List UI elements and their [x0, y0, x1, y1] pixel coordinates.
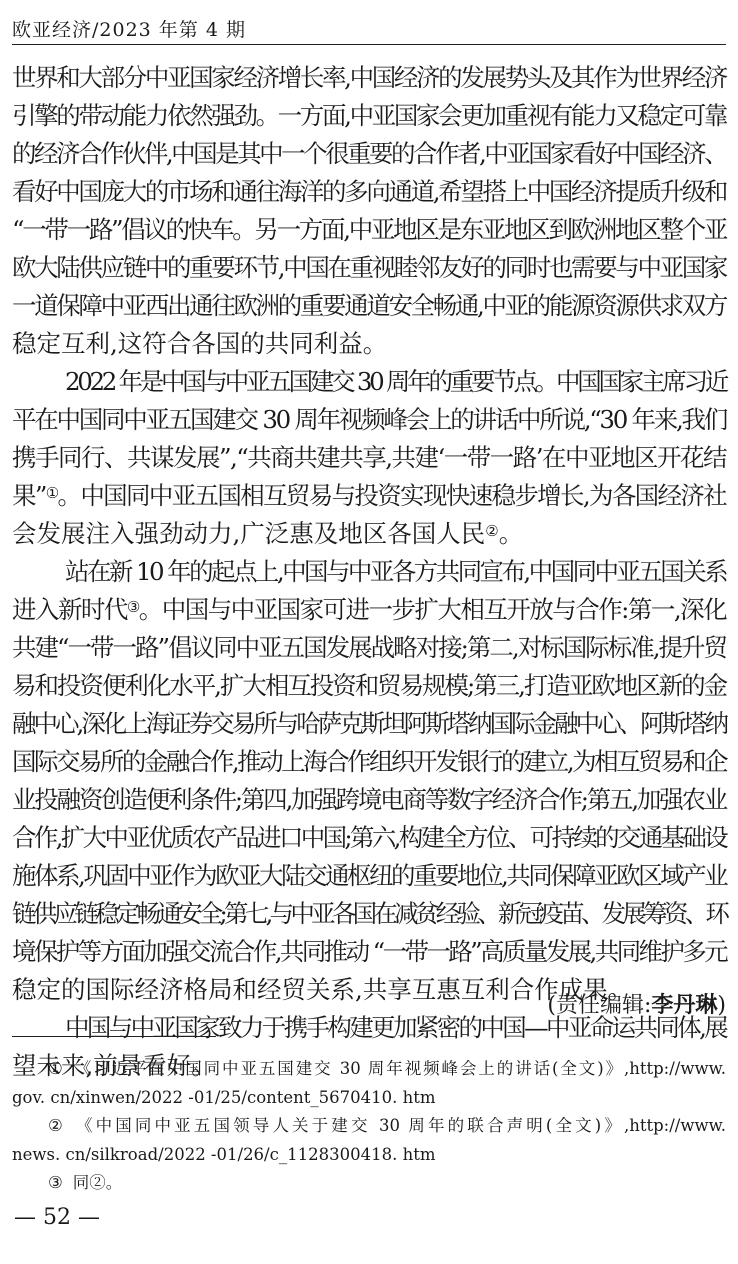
- text-line: 施体系,巩固中亚作为欧亚大陆交通枢纽的重要地位,共同保障亚欧区域产业: [12, 857, 726, 895]
- line-text: 易和投资便利化水平,扩大相互投资和贸易规模;第三,打造亚欧地区新的金: [12, 671, 726, 700]
- page-number: — 52 —: [14, 1203, 100, 1233]
- text-line: 一道保障中亚西出通往欧洲的重要通道安全畅通,中亚的能源资源供求双方: [12, 287, 726, 325]
- footnote-mark: ②: [48, 1116, 66, 1135]
- text-line: 共建“一带一路”倡议同中亚五国发展战略对接;第二,对标国际标准,提升贸: [12, 629, 726, 667]
- line-text: 引擎的带动能力依然强劲。一方面,中亚国家会更加重视有能力又稳定可靠: [12, 101, 726, 130]
- text-line: 果”①。中国同中亚五国相互贸易与投资实现快速稳步增长,为各国经济社: [12, 477, 726, 515]
- line-text: 一道保障中亚西出通往欧洲的重要通道安全畅通,中亚的能源资源供求双方: [12, 291, 726, 320]
- header-rule: [12, 44, 726, 45]
- text-line: 境保护等方面加强交流合作,共同推动 “一带一路”高质量发展,共同维护多元: [12, 933, 726, 971]
- footnote-line: ③同②。: [12, 1169, 726, 1198]
- line-text: “一带一路”倡议的快车。另一方面,中亚地区是东亚地区到欧洲地区整个亚: [12, 215, 726, 244]
- text-line: 的经济合作伙伴,中国是其中一个很重要的合作者,中亚国家看好中国经济、: [12, 135, 726, 173]
- line-text: 稳定互利,这符合各国的共同利益。: [12, 329, 387, 358]
- line-text: 世界和大部分中亚国家经济增长率,中国经济的发展势头及其作为世界经济: [12, 63, 726, 92]
- line-text: 合作,扩大中亚优质农产品进口中国;第六,构建全方位、可持续的交通基础设: [12, 823, 726, 852]
- line-text: 施体系,巩固中亚作为欧亚大陆交通枢纽的重要地位,共同保障亚欧区域产业: [12, 861, 726, 890]
- line-text: 融中心,深化上海证券交易所与哈萨克斯坦阿斯塔纳国际金融中心、阿斯塔纳: [12, 709, 726, 738]
- footnotes: ①《习近平在中国同中亚五国建交 30 周年视频峰会上的讲话(全文)》,http:…: [12, 1055, 726, 1198]
- footnote-text: 《中国同中亚五国领导人关于建交 30 周年的联合声明(全文)》,http://w…: [76, 1116, 726, 1135]
- line-text: 境保护等方面加强交流合作,共同推动 “一带一路”高质量发展,共同维护多元: [12, 937, 726, 966]
- line-text: 的经济合作伙伴,中国是其中一个很重要的合作者,中亚国家看好中国经济、: [12, 139, 726, 168]
- text-line: 业投融资创造便利条件;第四,加强跨境电商等数字经济合作;第五,加强农业: [12, 781, 726, 819]
- responsible-editor: (责任编辑:李丹琳): [547, 990, 726, 1022]
- text-line: 合作,扩大中亚优质农产品进口中国;第六,构建全方位、可持续的交通基础设: [12, 819, 726, 857]
- line-text: 国际交易所的金融合作,推动上海合作组织开发银行的建立,为相互贸易和企: [12, 747, 726, 776]
- editor-close-paren: ): [717, 993, 726, 1018]
- text-line: 携手同行、共谋发展”,“共商共建共享,共建‘一带一路’在中亚地区开花结: [12, 439, 726, 477]
- footnote-text: 《习近平在中国同中亚五国建交 30 周年视频峰会上的讲话(全文)》,http:/…: [75, 1059, 726, 1078]
- footnote-reference[interactable]: ③: [127, 598, 139, 616]
- line-text-after-ref: 。中国同中亚五国相互贸易与投资实现快速稳步增长,为各国经济社: [58, 481, 726, 510]
- text-line: 平在中国同中亚五国建交 30 周年视频峰会上的讲话中所说,“30 年来,我们: [12, 401, 726, 439]
- line-text: 稳定的国际经济格局和经贸关系,共享互惠互利合作成果。: [12, 975, 632, 1004]
- line-text-after-ref: 。中国与中亚国家可进一步扩大相互开放与合作:第一,深化: [139, 595, 726, 624]
- line-text: 会发展注入强劲动力,广泛惠及地区各国人民: [12, 519, 485, 548]
- text-line: 欧大陆供应链中的重要环节,中国在重视睦邻友好的同时也需要与中亚国家: [12, 249, 726, 287]
- footnote-reference[interactable]: ②: [485, 522, 498, 540]
- text-line: 看好中国庞大的市场和通往海洋的多向通道,希望搭上中国经济提质升级和: [12, 173, 726, 211]
- text-line: 2022 年是中国与中亚五国建交 30 周年的重要节点。中国国家主席习近: [12, 363, 726, 401]
- text-line: 国际交易所的金融合作,推动上海合作组织开发银行的建立,为相互贸易和企: [12, 743, 726, 781]
- line-text: 携手同行、共谋发展”,“共商共建共享,共建‘一带一路’在中亚地区开花结: [12, 443, 726, 472]
- footnote-mark: ①: [48, 1059, 65, 1078]
- line-text: 2022 年是中国与中亚五国建交 30 周年的重要节点。中国国家主席习近: [65, 367, 726, 396]
- text-line: 站在新 10 年的起点上,中国与中亚各方共同宣布,中国同中亚五国关系: [12, 553, 726, 591]
- text-line: 易和投资便利化水平,扩大相互投资和贸易规模;第三,打造亚欧地区新的金: [12, 667, 726, 705]
- line-text: 链供应链稳定畅通安全;第七,与中亚各国在减贫经验、新冠疫苗、发展筹资、环: [12, 899, 726, 928]
- text-line: 引擎的带动能力依然强劲。一方面,中亚国家会更加重视有能力又稳定可靠: [12, 97, 726, 135]
- text-line: 链供应链稳定畅通安全;第七,与中亚各国在减贫经验、新冠疫苗、发展筹资、环: [12, 895, 726, 933]
- running-head: 欧亚经济/2023 年第 4 期: [12, 16, 246, 44]
- text-line: 进入新时代③。中国与中亚国家可进一步扩大相互开放与合作:第一,深化: [12, 591, 726, 629]
- line-text: 欧大陆供应链中的重要环节,中国在重视睦邻友好的同时也需要与中亚国家: [12, 253, 726, 282]
- footnote-text: 同②。: [73, 1173, 123, 1192]
- line-text-after-ref: 。: [499, 519, 524, 548]
- footnote-rule: [12, 1036, 216, 1037]
- text-line: “一带一路”倡议的快车。另一方面,中亚地区是东亚地区到欧洲地区整个亚: [12, 211, 726, 249]
- footnote-text: news. cn/silkroad/2022 -01/26/c_11283004…: [12, 1145, 435, 1164]
- article-body: 世界和大部分中亚国家经济增长率,中国经济的发展势头及其作为世界经济引擎的带动能力…: [12, 59, 726, 1085]
- footnote-reference[interactable]: ①: [46, 484, 58, 502]
- text-line: 世界和大部分中亚国家经济增长率,中国经济的发展势头及其作为世界经济: [12, 59, 726, 97]
- text-line: 稳定互利,这符合各国的共同利益。: [12, 325, 726, 363]
- line-text: 果”: [12, 481, 46, 510]
- line-text: 看好中国庞大的市场和通往海洋的多向通道,希望搭上中国经济提质升级和: [12, 177, 726, 206]
- editor-label: 责任编辑:: [556, 993, 651, 1018]
- footnote-mark: ③: [48, 1173, 63, 1192]
- line-text: 站在新 10 年的起点上,中国与中亚各方共同宣布,中国同中亚五国关系: [65, 557, 726, 586]
- line-text: 进入新时代: [12, 595, 127, 624]
- footnote-line: ①《习近平在中国同中亚五国建交 30 周年视频峰会上的讲话(全文)》,http:…: [12, 1055, 726, 1084]
- line-text: 业投融资创造便利条件;第四,加强跨境电商等数字经济合作;第五,加强农业: [12, 785, 726, 814]
- footnote-text: gov. cn/xinwen/2022 -01/25/content_56704…: [12, 1088, 436, 1107]
- text-line: 融中心,深化上海证券交易所与哈萨克斯坦阿斯塔纳国际金融中心、阿斯塔纳: [12, 705, 726, 743]
- editor-name: 李丹琳: [651, 993, 717, 1018]
- line-text: 共建“一带一路”倡议同中亚五国发展战略对接;第二,对标国际标准,提升贸: [12, 633, 726, 662]
- line-text: 平在中国同中亚五国建交 30 周年视频峰会上的讲话中所说,“30 年来,我们: [12, 405, 726, 434]
- footnote-line: ②《中国同中亚五国领导人关于建交 30 周年的联合声明(全文)》,http://…: [12, 1112, 726, 1141]
- journal-page: 欧亚经济/2023 年第 4 期 世界和大部分中亚国家经济增长率,中国经济的发展…: [0, 0, 738, 1264]
- editor-open-paren: (: [547, 993, 556, 1018]
- footnote-line: news. cn/silkroad/2022 -01/26/c_11283004…: [12, 1141, 726, 1170]
- footnote-line: gov. cn/xinwen/2022 -01/25/content_56704…: [12, 1084, 726, 1113]
- text-line: 会发展注入强劲动力,广泛惠及地区各国人民②。: [12, 515, 726, 553]
